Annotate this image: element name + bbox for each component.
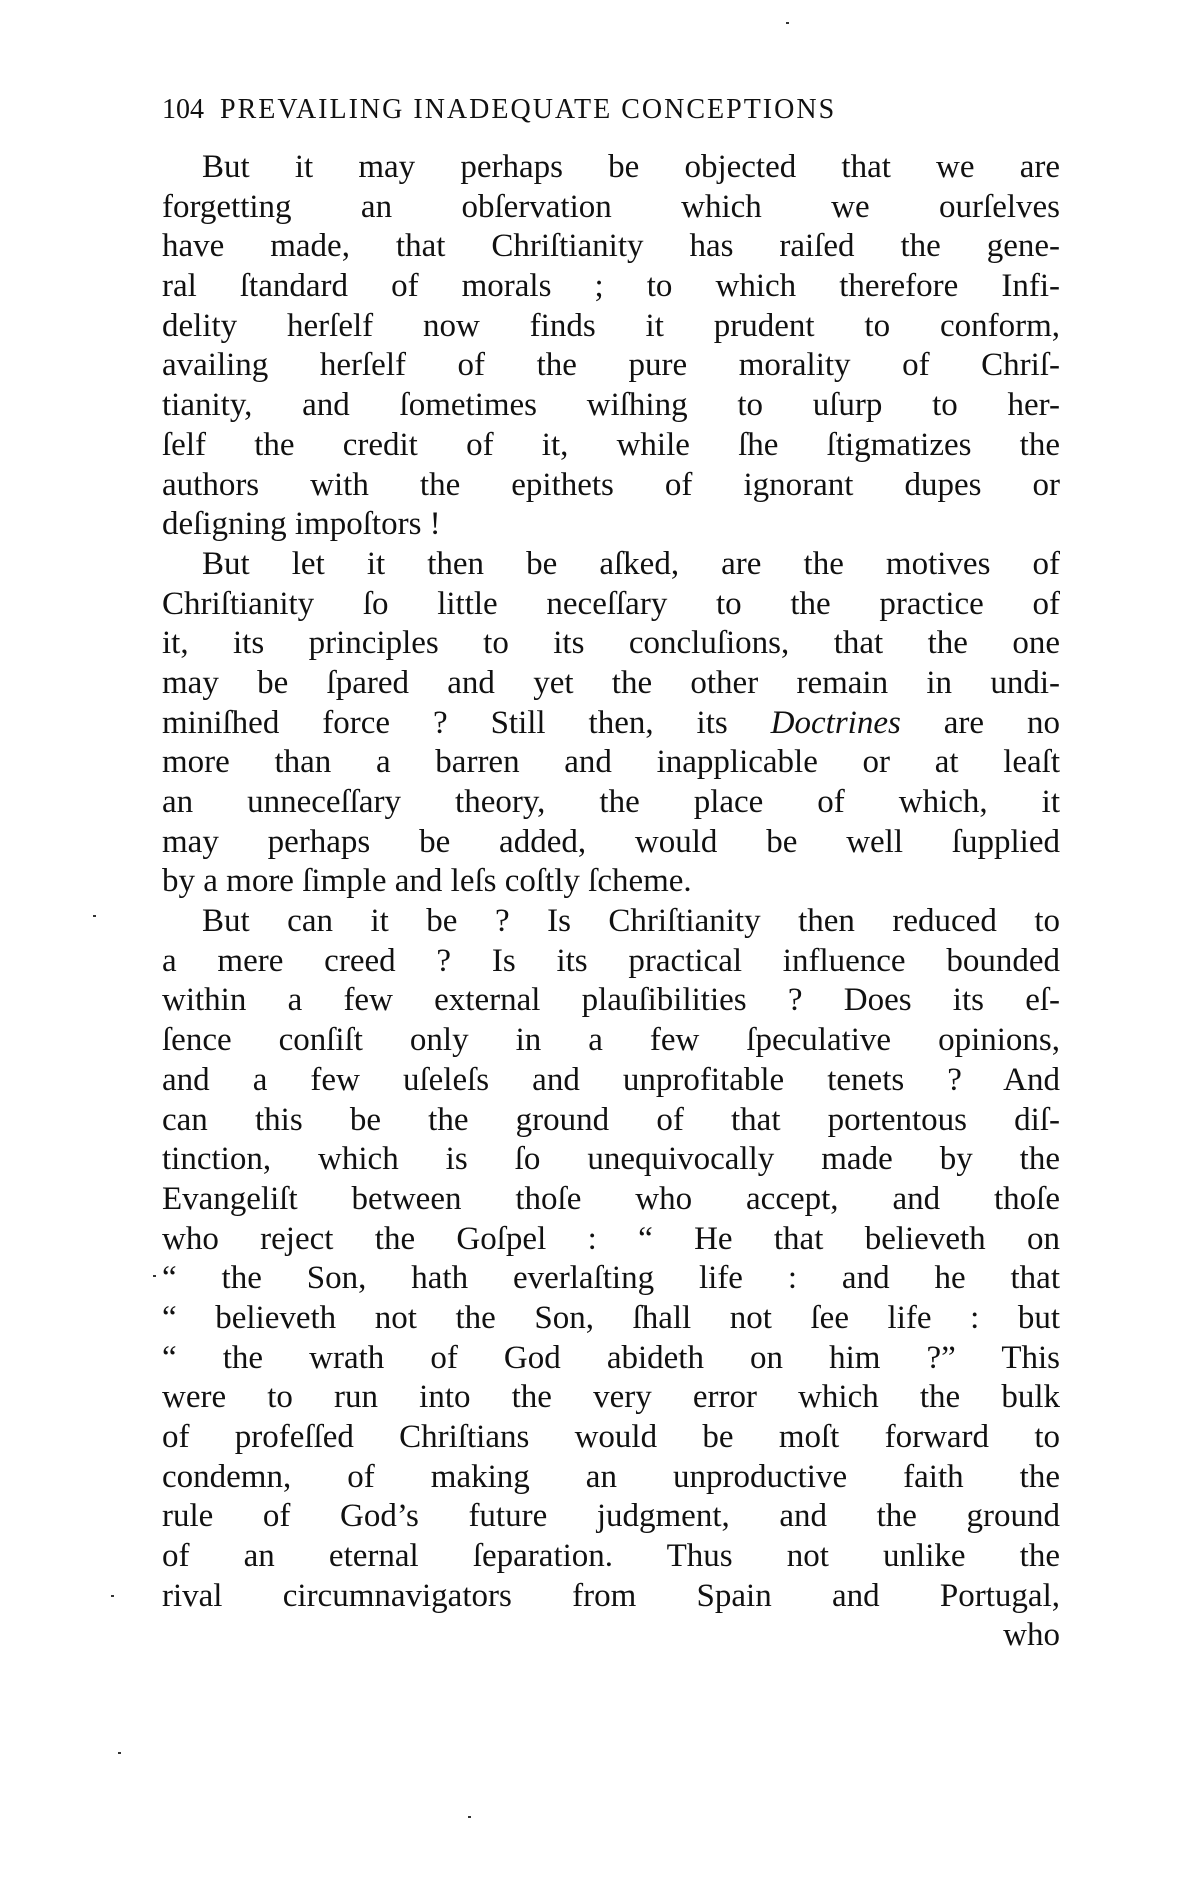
text-line: ſence conſiſt only in a few ſpeculative … <box>162 1021 1060 1061</box>
scan-speck <box>468 1816 471 1818</box>
text-line: “ the Son, hath everlaſting life : and h… <box>162 1259 1060 1299</box>
running-title: PREVAILING INADEQUATE CONCEPTIONS <box>220 92 836 128</box>
text-line: authors with the epithets of ignorant du… <box>162 466 1060 506</box>
text-line: But let it then be aſked, are the motive… <box>162 545 1060 585</box>
text-line: an unneceſſary theory, the place of whic… <box>162 783 1060 823</box>
text-line: it, its principles to its concluſions, t… <box>162 624 1060 664</box>
text-line: may perhaps be added, would be well ſupp… <box>162 823 1060 863</box>
text-line: availing herſelf of the pure morality of… <box>162 346 1060 386</box>
text-line: forgetting an obſervation which we ourſe… <box>162 188 1060 228</box>
text-line: by a more ſimple and leſs coſtly ſcheme. <box>162 862 1060 902</box>
scan-speck <box>111 1595 114 1597</box>
text-line: a mere creed ? Is its practical influenc… <box>162 942 1060 982</box>
text-line: Chriſtianity ſo little neceſſary to the … <box>162 585 1060 625</box>
text-line: “ believeth not the Son, ſhall not ſee l… <box>162 1299 1060 1339</box>
text-line: of profeſſed Chriſtians would be moſt fo… <box>162 1418 1060 1458</box>
running-head: 104 PREVAILING INADEQUATE CONCEPTIONS <box>162 92 1060 128</box>
text-line: rule of God’s future judgment, and the g… <box>162 1497 1060 1537</box>
text-line: were to run into the very error which th… <box>162 1378 1060 1418</box>
text-line: and a few uſeleſs and unprofitable tenet… <box>162 1061 1060 1101</box>
text-line: Evangeliſt between thoſe who accept, and… <box>162 1180 1060 1220</box>
text-run: miniſhed force ? Still then, its <box>162 705 771 741</box>
text-line: deſigning impoſtors ! <box>162 505 1060 545</box>
text-line: more than a barren and inapplicable or a… <box>162 743 1060 783</box>
text-line: “ the wrath of God abideth on him ?” Thi… <box>162 1339 1060 1379</box>
text-line: have made, that Chriſtianity has raiſed … <box>162 227 1060 267</box>
text-line: But can it be ? Is Chriſtianity then red… <box>162 902 1060 942</box>
text-line: ral ſtandard of morals ; to which theref… <box>162 267 1060 307</box>
text-line: rival circumnavigators from Spain and Po… <box>162 1577 1060 1617</box>
text-line: miniſhed force ? Still then, its Doctrin… <box>162 704 1060 744</box>
text-line: But it may perhaps be objected that we a… <box>162 148 1060 188</box>
scan-speck <box>153 1275 156 1277</box>
text-line: tinction, which is ſo unequivocally made… <box>162 1140 1060 1180</box>
text-line: condemn, of making an unproductive faith… <box>162 1458 1060 1498</box>
italic-word: Doctrines <box>771 705 901 741</box>
text-run: are no <box>901 705 1060 741</box>
text-line: tianity, and ſometimes wiſhing to uſurp … <box>162 386 1060 426</box>
text-line: delity herſelf now finds it prudent to c… <box>162 307 1060 347</box>
text-line: who reject the Goſpel : “ He that believ… <box>162 1220 1060 1260</box>
scan-speck <box>786 22 789 24</box>
scan-speck <box>118 1752 121 1754</box>
text-line: can this be the ground of that portentou… <box>162 1101 1060 1141</box>
scan-speck <box>93 915 96 917</box>
text-line: within a few external plauſibilities ? D… <box>162 981 1060 1021</box>
body-text: But it may perhaps be objected that we a… <box>162 148 1060 1656</box>
page-number: 104 <box>162 92 204 128</box>
text-line: ſelf the credit of it, while ſhe ſtigmat… <box>162 426 1060 466</box>
text-line: of an eternal ſeparation. Thus not unlik… <box>162 1537 1060 1577</box>
text-line: may be ſpared and yet the other remain i… <box>162 664 1060 704</box>
catchword: who <box>162 1616 1060 1656</box>
book-page: 104 PREVAILING INADEQUATE CONCEPTIONS Bu… <box>0 0 1184 1888</box>
